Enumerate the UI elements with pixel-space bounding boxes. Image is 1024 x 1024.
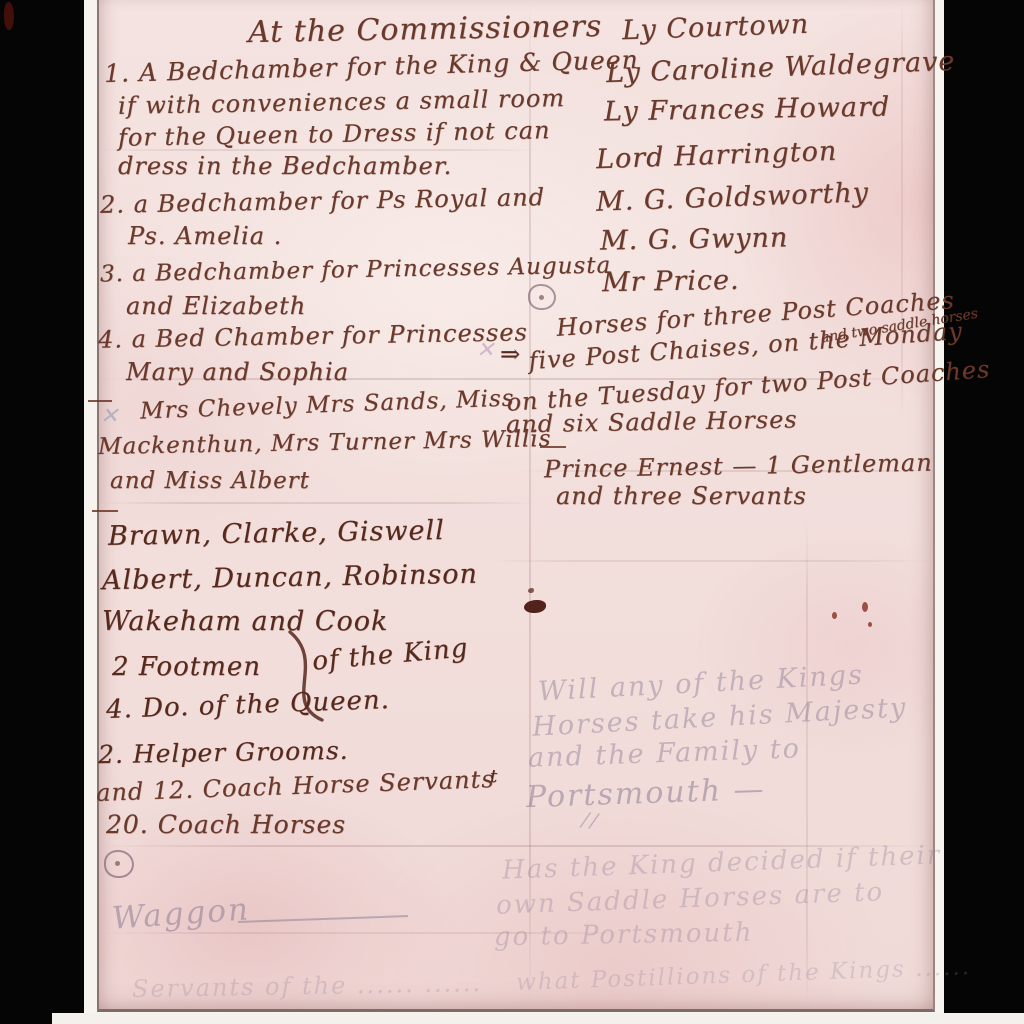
vertical-fold-crease (806, 520, 808, 1008)
heading-line: At the Commissioners (248, 9, 603, 50)
horizontal-fold-crease (488, 560, 931, 562)
list-item-2-line-2: Ps. Amelia . (128, 222, 282, 250)
circled-dot-mark (104, 850, 134, 878)
list-item-4-line-2: Mary and Sophia (126, 358, 349, 386)
grooms-line: 2. Helper Grooms. (98, 736, 349, 769)
circled-dot-mark (528, 284, 556, 310)
red-speck (832, 612, 837, 619)
prince-ernest-line-2: and three Servants (556, 482, 807, 510)
servants-line-1: Brawn, Clarke, Giswell (108, 515, 445, 552)
pencil-question-2-line-3: go to Portsmouth (494, 918, 754, 953)
servants-line-2: Albert, Duncan, Robinson (102, 559, 478, 597)
pencil-x-mark: ✕ (100, 404, 120, 429)
photograph-background: At the Commissioners 1. A Bedchamber for… (0, 0, 1024, 1024)
red-speck (862, 602, 868, 612)
red-speck (868, 622, 872, 627)
name-price: Mr Price. (602, 265, 740, 298)
name-gwynn: M. G. Gwynn (600, 222, 789, 256)
attendants-line-3: and Miss Albert (110, 468, 310, 494)
marginal-dash (92, 510, 118, 512)
name-howard: Ly Frances Howard (604, 92, 891, 128)
scan-bottom-edge (52, 1013, 1024, 1024)
marginal-dash (88, 400, 112, 402)
horizontal-fold-crease (97, 502, 537, 504)
marginal-dash (540, 446, 566, 448)
pencil-x-mark: ✕ (476, 338, 496, 363)
footmen-king-count: 2 Footmen (112, 652, 261, 682)
servants-line-3: Wakeham and Cook (102, 606, 388, 637)
horses-note-line-4: and six Saddle Horses (506, 405, 798, 438)
arrow-scribble: ⇒ (500, 340, 520, 368)
list-item-1-line-4: dress in the Bedchamber. (118, 152, 452, 180)
pencil-slashes-mark: ∕∕ (580, 807, 601, 833)
list-item-3-line-2: and Elizabeth (126, 292, 306, 320)
coach-horses-line: 20. Coach Horses (106, 810, 346, 839)
small-ink-tick: t (490, 766, 498, 787)
name-courtown: Ly Courtown (622, 9, 810, 47)
margin-ink-mark (4, 2, 14, 30)
